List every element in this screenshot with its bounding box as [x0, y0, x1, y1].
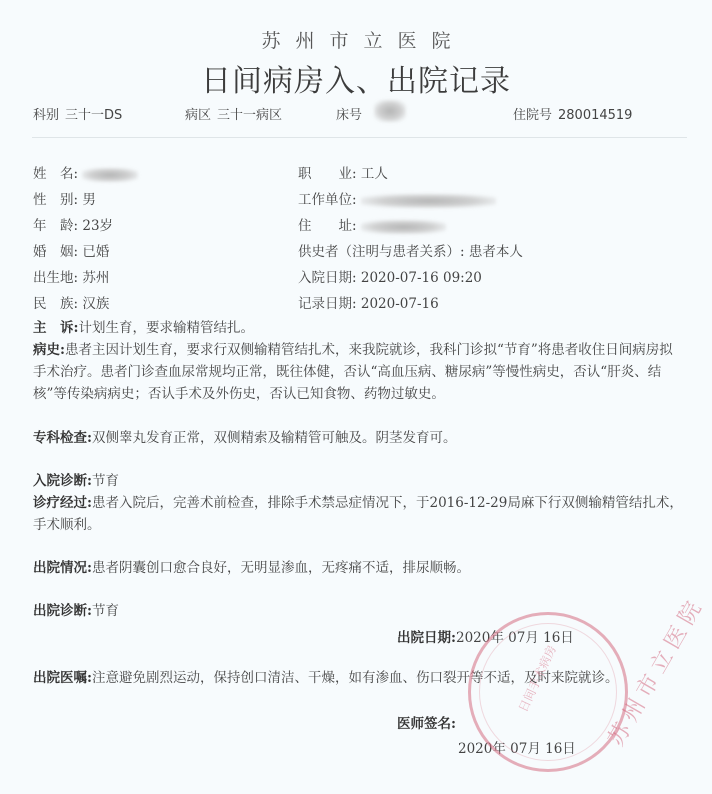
patient-marital-row: 婚 姻: 已婚: [33, 239, 138, 265]
document-title: 日间病房入、出院记录: [0, 56, 712, 100]
bed-label: 床号: [336, 108, 362, 123]
patient-ethnicity-label: 民 族:: [33, 291, 78, 317]
discharge-orders-text: 注意避免剧烈运动，保持创口清洁、干燥，如有渗血、伤口裂开等不适，及时来院就诊。: [92, 670, 619, 686]
specialty-exam-label: 专科检查:: [33, 430, 92, 446]
ward-value: 三十一病区: [217, 108, 282, 123]
treatment-course-text: 患者入院后，完善术前检查，排除手术禁忌症情况下，于2016-12-29局麻下行双…: [33, 495, 683, 533]
department-field: 科别三十一DS: [33, 104, 122, 123]
discharge-diagnosis-label: 出院诊断:: [33, 603, 92, 619]
ward-field: 病区三十一病区: [185, 104, 282, 123]
physician-signature-label: 医师签名:: [397, 716, 456, 732]
employer-label: 工作单位:: [298, 187, 357, 213]
department-label: 科别: [33, 108, 59, 123]
chief-complaint-label: 主 诉:: [33, 320, 78, 336]
department-value: 三十一DS: [65, 108, 122, 123]
physician-signature: 医师签名:: [397, 712, 456, 732]
admission-number-field: 住院号280014519: [513, 104, 632, 123]
patient-ethnicity-row: 民 族: 汉族: [33, 291, 138, 317]
patient-marital-label: 婚 姻:: [33, 239, 78, 265]
admission-diagnosis: 入院诊断:节育: [33, 470, 683, 492]
patient-ethnicity-value: 汉族: [82, 296, 109, 312]
patient-name-row: 姓 名:: [33, 161, 138, 187]
patient-age-row: 年 龄: 23岁: [33, 213, 138, 239]
admission-date-label: 入院日期:: [298, 265, 357, 291]
patient-birthplace-row: 出生地: 苏州: [33, 265, 138, 291]
hospital-name: 苏州市立医院: [0, 26, 712, 53]
address-row: 住 址:: [298, 213, 523, 239]
patient-age-value: 23岁: [82, 218, 113, 234]
chief-complaint-text: 计划生育，要求输精管结扎。: [78, 320, 254, 336]
informant-value: 患者本人: [469, 244, 523, 260]
discharge-date-value: 2020年 07月 16日: [456, 630, 574, 646]
admission-date-value: 2020-07-16 09:20: [361, 270, 482, 286]
patient-name-label: 姓 名:: [33, 161, 78, 187]
discharge-date: 出院日期:2020年 07月 16日: [397, 626, 574, 646]
ward-label: 病区: [185, 108, 211, 123]
admission-date-row: 入院日期: 2020-07-16 09:20: [298, 265, 523, 291]
occupation-value: 工人: [361, 166, 388, 182]
patient-info-right: 职 业: 工人 工作单位: 住 址: 供史者（注明与患者关系）: 患者本人 入院…: [298, 161, 523, 317]
chief-complaint: 主 诉:计划生育，要求输精管结扎。: [33, 317, 683, 339]
informant-row: 供史者（注明与患者关系）: 患者本人: [298, 239, 523, 265]
discharge-status-label: 出院情况:: [33, 560, 92, 576]
admission-diagnosis-label: 入院诊断:: [33, 473, 92, 489]
patient-marital-value: 已婚: [82, 244, 109, 260]
patient-sex-row: 性 别: 男: [33, 187, 138, 213]
address-label: 住 址:: [298, 213, 357, 239]
patient-sex-value: 男: [82, 192, 96, 208]
patient-birthplace-label: 出生地:: [33, 265, 78, 291]
record-date-row: 记录日期: 2020-07-16: [298, 291, 523, 317]
informant-label: 供史者（注明与患者关系）:: [298, 239, 465, 265]
discharge-date-label: 出院日期:: [397, 630, 456, 646]
history-text: 患者主因计划生育，要求行双侧输精管结扎术，来我院就诊，我科门诊拟“节育”将患者收…: [33, 342, 673, 402]
discharge-orders-label: 出院医嘱:: [33, 670, 92, 686]
discharge-record-page: 苏州市立医院 日间病房入、出院记录 科别三十一DS 病区三十一病区 床号 住院号…: [0, 0, 712, 794]
admission-diagnosis-text: 节育: [92, 473, 119, 489]
discharge-diagnosis-text: 节育: [92, 603, 119, 619]
specialty-exam: 专科检查:双侧睾丸发育正常，双侧精索及输精管可触及。阴茎发育可。: [33, 427, 683, 449]
history-label: 病史:: [33, 342, 65, 358]
medical-history: 病史:患者主因计划生育，要求行双侧输精管结扎术，来我院就诊，我科门诊拟“节育”将…: [33, 339, 683, 405]
header-divider: [32, 137, 687, 138]
signature-date: 2020年 07月 16日: [458, 737, 576, 757]
admission-number-value: 280014519: [558, 108, 632, 123]
occupation-label: 职 业:: [298, 161, 357, 187]
patient-birthplace-value: 苏州: [82, 270, 109, 286]
discharge-status: 出院情况:患者阴囊创口愈合良好，无明显渗血，无疼痛不适，排尿顺畅。: [33, 557, 683, 579]
treatment-course: 诊疗经过:患者入院后，完善术前检查，排除手术禁忌症情况下，于2016-12-29…: [33, 492, 683, 536]
record-date-label: 记录日期:: [298, 291, 357, 317]
occupation-row: 职 业: 工人: [298, 161, 523, 187]
patient-info-left: 姓 名: 性 别: 男 年 龄: 23岁 婚 姻: 已婚 出生地: 苏州 民 族…: [33, 161, 138, 317]
discharge-orders: 出院医嘱:注意避免剧烈运动，保持创口清洁、干燥，如有渗血、伤口裂开等不适，及时来…: [33, 667, 683, 689]
bed-field: 床号: [336, 104, 406, 123]
discharge-status-text: 患者阴囊创口愈合良好，无明显渗血，无疼痛不适，排尿顺畅。: [92, 560, 470, 576]
admission-number-label: 住院号: [513, 108, 552, 123]
specialty-exam-text: 双侧睾丸发育正常，双侧精索及输精管可触及。阴茎发育可。: [92, 430, 457, 446]
employer-row: 工作单位:: [298, 187, 523, 213]
record-date-value: 2020-07-16: [361, 296, 439, 312]
employer-redacted: [361, 194, 496, 208]
patient-age-label: 年 龄:: [33, 213, 78, 239]
address-redacted: [361, 220, 446, 234]
patient-name-redacted: [82, 168, 138, 182]
discharge-diagnosis: 出院诊断:节育: [33, 600, 683, 622]
patient-sex-label: 性 别:: [33, 187, 78, 213]
treatment-course-label: 诊疗经过:: [33, 495, 92, 511]
bed-value-redacted: [374, 100, 406, 122]
